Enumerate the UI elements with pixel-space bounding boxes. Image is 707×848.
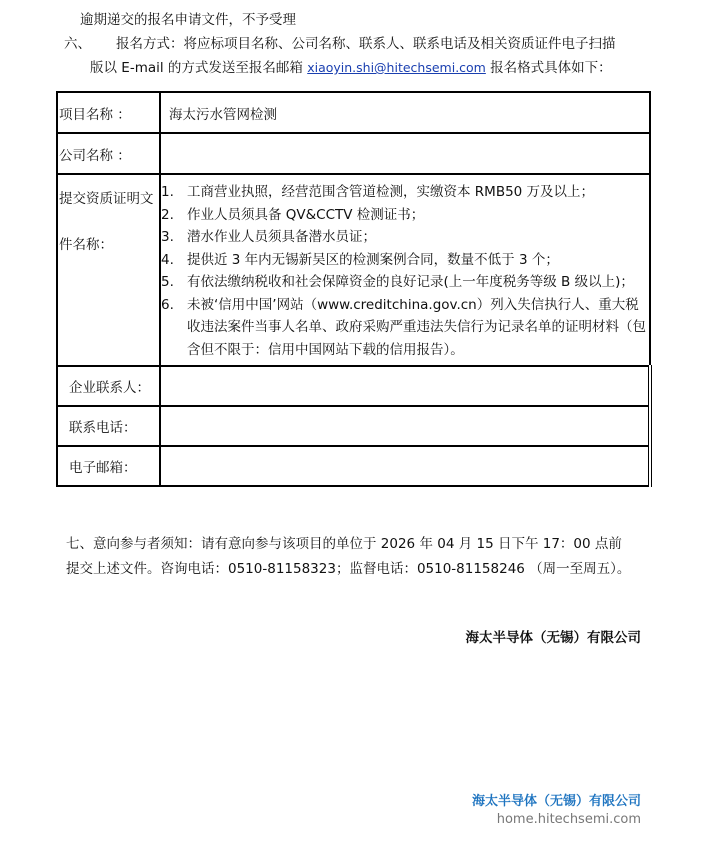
- contact-phone-label: 联系电话：: [57, 406, 160, 446]
- contact-person-label: 企业联系人：: [57, 366, 160, 406]
- contact-email-field[interactable]: [160, 446, 650, 486]
- qualification-item: 1.工商营业执照，经营范围含管道检测，实缴资本 RMB50 万及以上；: [161, 181, 649, 204]
- signature-company: 海太半导体（无锡）有限公司: [466, 626, 642, 646]
- contact-email-label: 电子邮箱：: [57, 446, 160, 486]
- contact-email-row: 电子邮箱：: [57, 446, 650, 486]
- qualification-item: 6.未被‘信用中国’网站（www.creditchina.gov.cn）列入失信…: [161, 294, 649, 362]
- qualification-list: 1.工商营业执照，经营范围含管道检测，实缴资本 RMB50 万及以上； 2.作业…: [160, 174, 650, 366]
- contact-phone-row: 联系电话：: [57, 406, 650, 446]
- qualification-item: 5.有依法缴纳税收和社会保障资金的良好记录(上一年度税务等级 B 级以上)；: [161, 271, 649, 294]
- qualification-label: 提交资质证明文 件名称：: [57, 174, 160, 366]
- project-name-row: 项目名称 ： 海太污水管网检测: [57, 92, 650, 133]
- qualification-label-line2: 件名称：: [59, 221, 159, 267]
- contact-phone-field[interactable]: [160, 406, 650, 446]
- format-intro-text: 报名格式具体如下：: [486, 60, 612, 76]
- qualification-item: 3.潜水作业人员须具备潜水员证；: [161, 226, 649, 249]
- company-name-label: 公司名称 ：: [57, 133, 160, 174]
- qualification-item: 4.提供近 3 年内无锡新吴区的检测案例合同，数量不低于 3 个；: [161, 249, 649, 272]
- registration-email-link[interactable]: xiaoyin.shi@hitechsemi.com: [307, 60, 486, 75]
- section-6-heading: 六、报名方式：将应标项目名称、公司名称、联系人、联系电话及相关资质证件电子扫描: [64, 32, 616, 52]
- footer-company-name: 海太半导体（无锡）有限公司: [472, 790, 641, 809]
- section-6-text: 报名方式：将应标项目名称、公司名称、联系人、联系电话及相关资质证件电子扫描: [116, 36, 616, 52]
- section-6-continuation: 版以 E-mail 的方式发送至报名邮箱 xiaoyin.shi@hitechs…: [90, 56, 612, 76]
- qualification-item: 2.作业人员须具备 QV&CCTV 检测证书；: [161, 204, 649, 227]
- section-7-line2: 提交上述文件。咨询电话：0510-81158323；监督电话：0510-8115…: [66, 557, 630, 582]
- qualification-label-line1: 提交资质证明文: [59, 175, 159, 221]
- project-name-value: 海太污水管网检测: [160, 92, 650, 133]
- section-6-number: 六、: [64, 32, 116, 52]
- email-intro-text: 版以 E-mail 的方式发送至报名邮箱: [90, 60, 307, 76]
- qualification-row: 提交资质证明文 件名称： 1.工商营业执照，经营范围含管道检测，实缴资本 RMB…: [57, 174, 650, 366]
- project-name-label: 项目名称 ：: [57, 92, 160, 133]
- registration-form-table: 项目名称 ： 海太污水管网检测 公司名称 ： 提交资质证明文 件名称： 1.工商…: [56, 91, 652, 487]
- section-7-line1: 七、意向参与者须知：请有意向参与该项目的单位于 2026 年 04 月 15 日…: [66, 532, 630, 557]
- contact-person-field[interactable]: [160, 366, 650, 406]
- company-name-field[interactable]: [160, 133, 650, 174]
- company-name-row: 公司名称 ：: [57, 133, 650, 174]
- contact-person-row: 企业联系人：: [57, 366, 650, 406]
- section-7-notice: 七、意向参与者须知：请有意向参与该项目的单位于 2026 年 04 月 15 日…: [66, 532, 630, 582]
- late-submission-note: 逾期递交的报名申请文件，不予受理: [80, 8, 296, 28]
- footer-url[interactable]: home.hitechsemi.com: [497, 812, 641, 827]
